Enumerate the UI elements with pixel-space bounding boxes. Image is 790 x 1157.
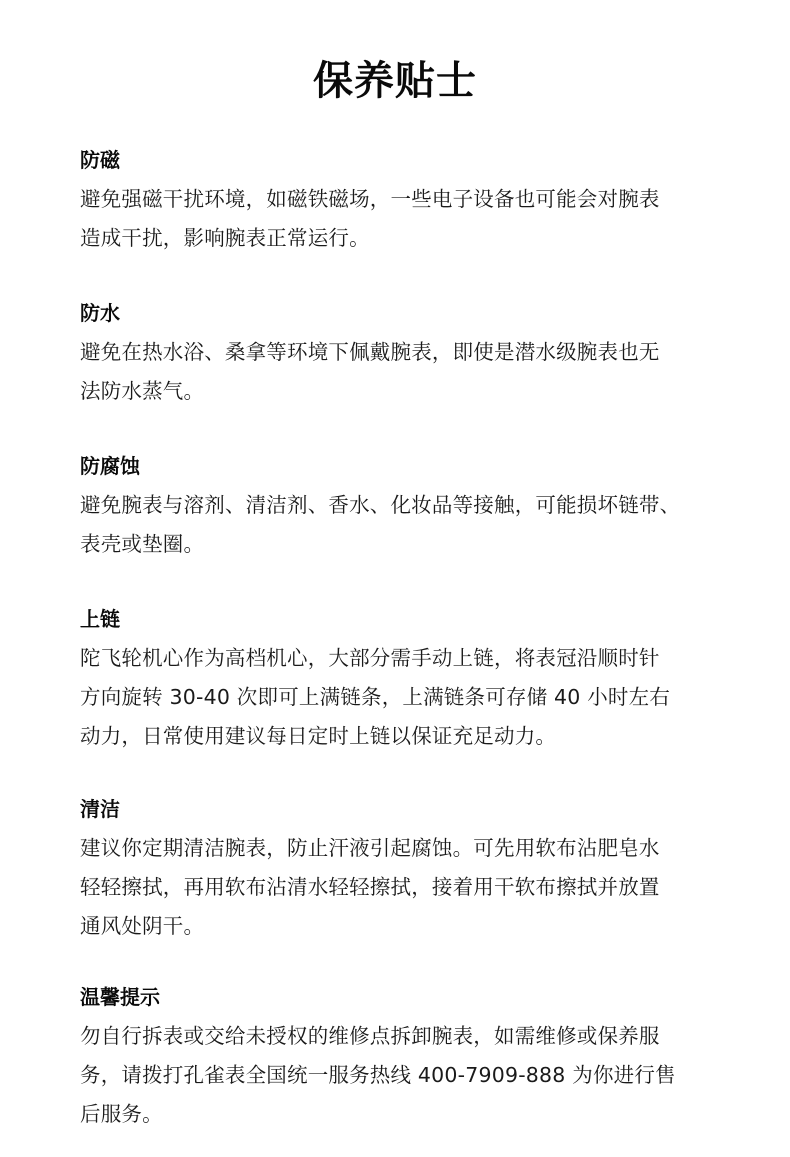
section-body: 陀飞轮机心作为高档机心，大部分需手动上链，将表冠沿顺时针 方向旋转 30-40 … [80,639,720,756]
body-line: 造成干扰，影响腕表正常运行。 [80,219,720,258]
body-line: 陀飞轮机心作为高档机心，大部分需手动上链，将表冠沿顺时针 [80,639,720,678]
section-body: 避免强磁干扰环境，如磁铁磁场，一些电子设备也可能会对腕表 造成干扰，影响腕表正常… [80,180,720,258]
body-line: 避免在热水浴、桑拿等环境下佩戴腕表，即使是潜水级腕表也无 [80,333,720,372]
body-line: 法防水蒸气。 [80,372,720,411]
body-line: 方向旋转 30-40 次即可上满链条，上满链条可存储 40 小时左右 [80,678,720,717]
section-heading: 温馨提示 [80,983,720,1011]
section-winding: 上链 陀飞轮机心作为高档机心，大部分需手动上链，将表冠沿顺时针 方向旋转 30-… [80,605,720,756]
body-line: 通风处阴干。 [80,907,720,946]
section-waterproof: 防水 避免在热水浴、桑拿等环境下佩戴腕表，即使是潜水级腕表也无 法防水蒸气。 [80,299,720,411]
section-anti-magnetic: 防磁 避免强磁干扰环境，如磁铁磁场，一些电子设备也可能会对腕表 造成干扰，影响腕… [80,146,720,258]
body-line: 建议你定期清洁腕表，防止汗液引起腐蚀。可先用软布沾肥皂水 [80,829,720,868]
body-line: 勿自行拆表或交给未授权的维修点拆卸腕表，如需维修或保养服 [80,1017,720,1056]
section-body: 避免腕表与溶剂、清洁剂、香水、化妆品等接触，可能损坏链带、 表壳或垫圈。 [80,486,720,564]
section-heading: 防磁 [80,146,720,174]
section-reminder: 温馨提示 勿自行拆表或交给未授权的维修点拆卸腕表，如需维修或保养服 务，请拨打孔… [80,983,720,1134]
section-heading: 上链 [80,605,720,633]
body-line: 后服务。 [80,1095,720,1134]
section-heading: 防水 [80,299,720,327]
section-cleaning: 清洁 建议你定期清洁腕表，防止汗液引起腐蚀。可先用软布沾肥皂水 轻轻擦拭，再用软… [80,795,720,946]
section-heading: 防腐蚀 [80,452,720,480]
section-anti-corrosion: 防腐蚀 避免腕表与溶剂、清洁剂、香水、化妆品等接触，可能损坏链带、 表壳或垫圈。 [80,452,720,564]
section-heading: 清洁 [80,795,720,823]
body-line: 轻轻擦拭，再用软布沾清水轻轻擦拭，接着用干软布擦拭并放置 [80,868,720,907]
body-line: 避免强磁干扰环境，如磁铁磁场，一些电子设备也可能会对腕表 [80,180,720,219]
page-title: 保养贴士 [0,55,790,107]
body-line: 动力，日常使用建议每日定时上链以保证充足动力。 [80,717,720,756]
body-line: 避免腕表与溶剂、清洁剂、香水、化妆品等接触，可能损坏链带、 [80,486,720,525]
body-line: 务，请拨打孔雀表全国统一服务热线 400-7909-888 为你进行售 [80,1056,720,1095]
body-line: 表壳或垫圈。 [80,525,720,564]
section-body: 勿自行拆表或交给未授权的维修点拆卸腕表，如需维修或保养服 务，请拨打孔雀表全国统… [80,1017,720,1134]
section-body: 避免在热水浴、桑拿等环境下佩戴腕表，即使是潜水级腕表也无 法防水蒸气。 [80,333,720,411]
section-body: 建议你定期清洁腕表，防止汗液引起腐蚀。可先用软布沾肥皂水 轻轻擦拭，再用软布沾清… [80,829,720,946]
